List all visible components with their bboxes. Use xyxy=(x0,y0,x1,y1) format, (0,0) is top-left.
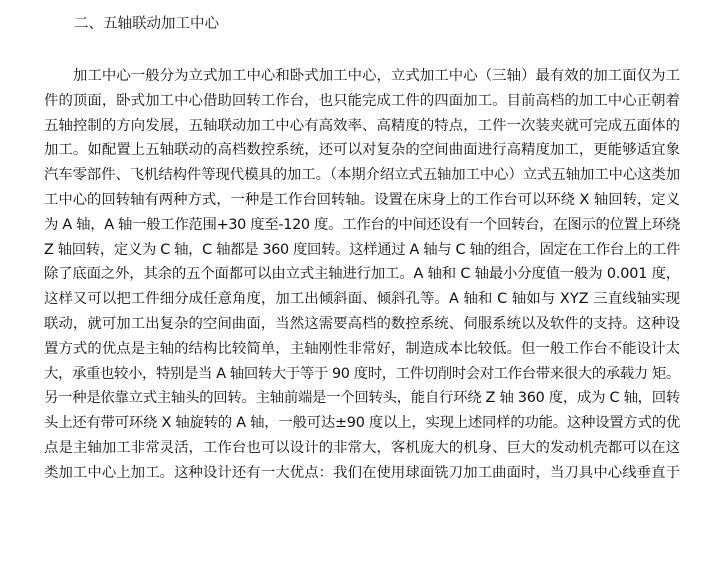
paragraph-line: 置方式的优点是主轴的结构比较简单，主轴刚性非常好，制造成本比较低。但一般工作台不… xyxy=(44,337,680,362)
paragraph-line: 联动，就可加工出复杂的空间曲面，当然这需要高档的数控系统、伺服系统以及软件的支持… xyxy=(44,312,680,337)
paragraph-line: 为 A 轴，A 轴一般工作范围+30 度至-120 度。工作台的中间还设有一个回… xyxy=(44,213,680,238)
paragraph-line: Z 轴回转，定义为 C 轴，C 轴都是 360 度回转。这样通过 A 轴与 C … xyxy=(44,238,680,263)
paragraph-line: 五轴控制的方向发展，五轴联动加工中心有高效率、高精度的特点，工件一次装夹就可完成… xyxy=(44,114,680,139)
paragraph-line: 件的顶面，卧式加工中心借助回转工作台，也只能完成工件的四面加工。目前高档的加工中… xyxy=(44,89,680,114)
paragraph-line: 另一种是依靠立式主轴头的回转。主轴前端是一个回转头，能自行环绕 Z 轴 360 … xyxy=(44,386,680,411)
paragraph-line: 类加工中心上加工。这种设计还有一大优点：我们在使用球面铣刀加工曲面时，当刀具中心… xyxy=(44,461,680,486)
paragraph-line: 点是主轴加工非常灵活，工作台也可以设计的非常大，客机庞大的机身、巨大的发动机壳都… xyxy=(44,436,680,461)
paragraph-line: 这样又可以把工件细分成任意角度，加工出倾斜面、倾斜孔等。A 轴和 C 轴如与 X… xyxy=(44,287,680,312)
paragraph-line: 头上还有带可环绕 X 轴旋转的 A 轴，一般可达±90 度以上，实现上述同样的功… xyxy=(44,411,680,436)
body-paragraph: 加工中心一般分为立式加工中心和卧式加工中心，立式加工中心（三轴）最有效的加工面仅… xyxy=(44,64,680,486)
section-heading: 二、五轴联动加工中心 xyxy=(74,13,219,35)
paragraph-line: 加工。如配置上五轴联动的高档数控系统，还可以对复杂的空间曲面进行高精度加工，更能… xyxy=(44,138,680,163)
paragraph-line: 大，承重也较小，特别是当 A 轴回转大于等于 90 度时，工件切削时会对工作台带… xyxy=(44,362,680,387)
document-page: 二、五轴联动加工中心 加工中心一般分为立式加工中心和卧式加工中心，立式加工中心（… xyxy=(0,0,718,562)
paragraph-line: 加工中心一般分为立式加工中心和卧式加工中心，立式加工中心（三轴）最有效的加工面仅… xyxy=(44,64,680,89)
paragraph-line: 除了底面之外，其余的五个面都可以由立式主轴进行加工。A 轴和 C 轴最小分度值一… xyxy=(44,262,680,287)
paragraph-line: 汽车零部件、飞机结构件等现代模具的加工。（本期介绍立式五轴加工中心）立式五轴加工… xyxy=(44,163,680,188)
paragraph-line: 工中心的回转轴有两种方式，一种是工作台回转轴。设置在床身上的工作台可以环绕 X … xyxy=(44,188,680,213)
